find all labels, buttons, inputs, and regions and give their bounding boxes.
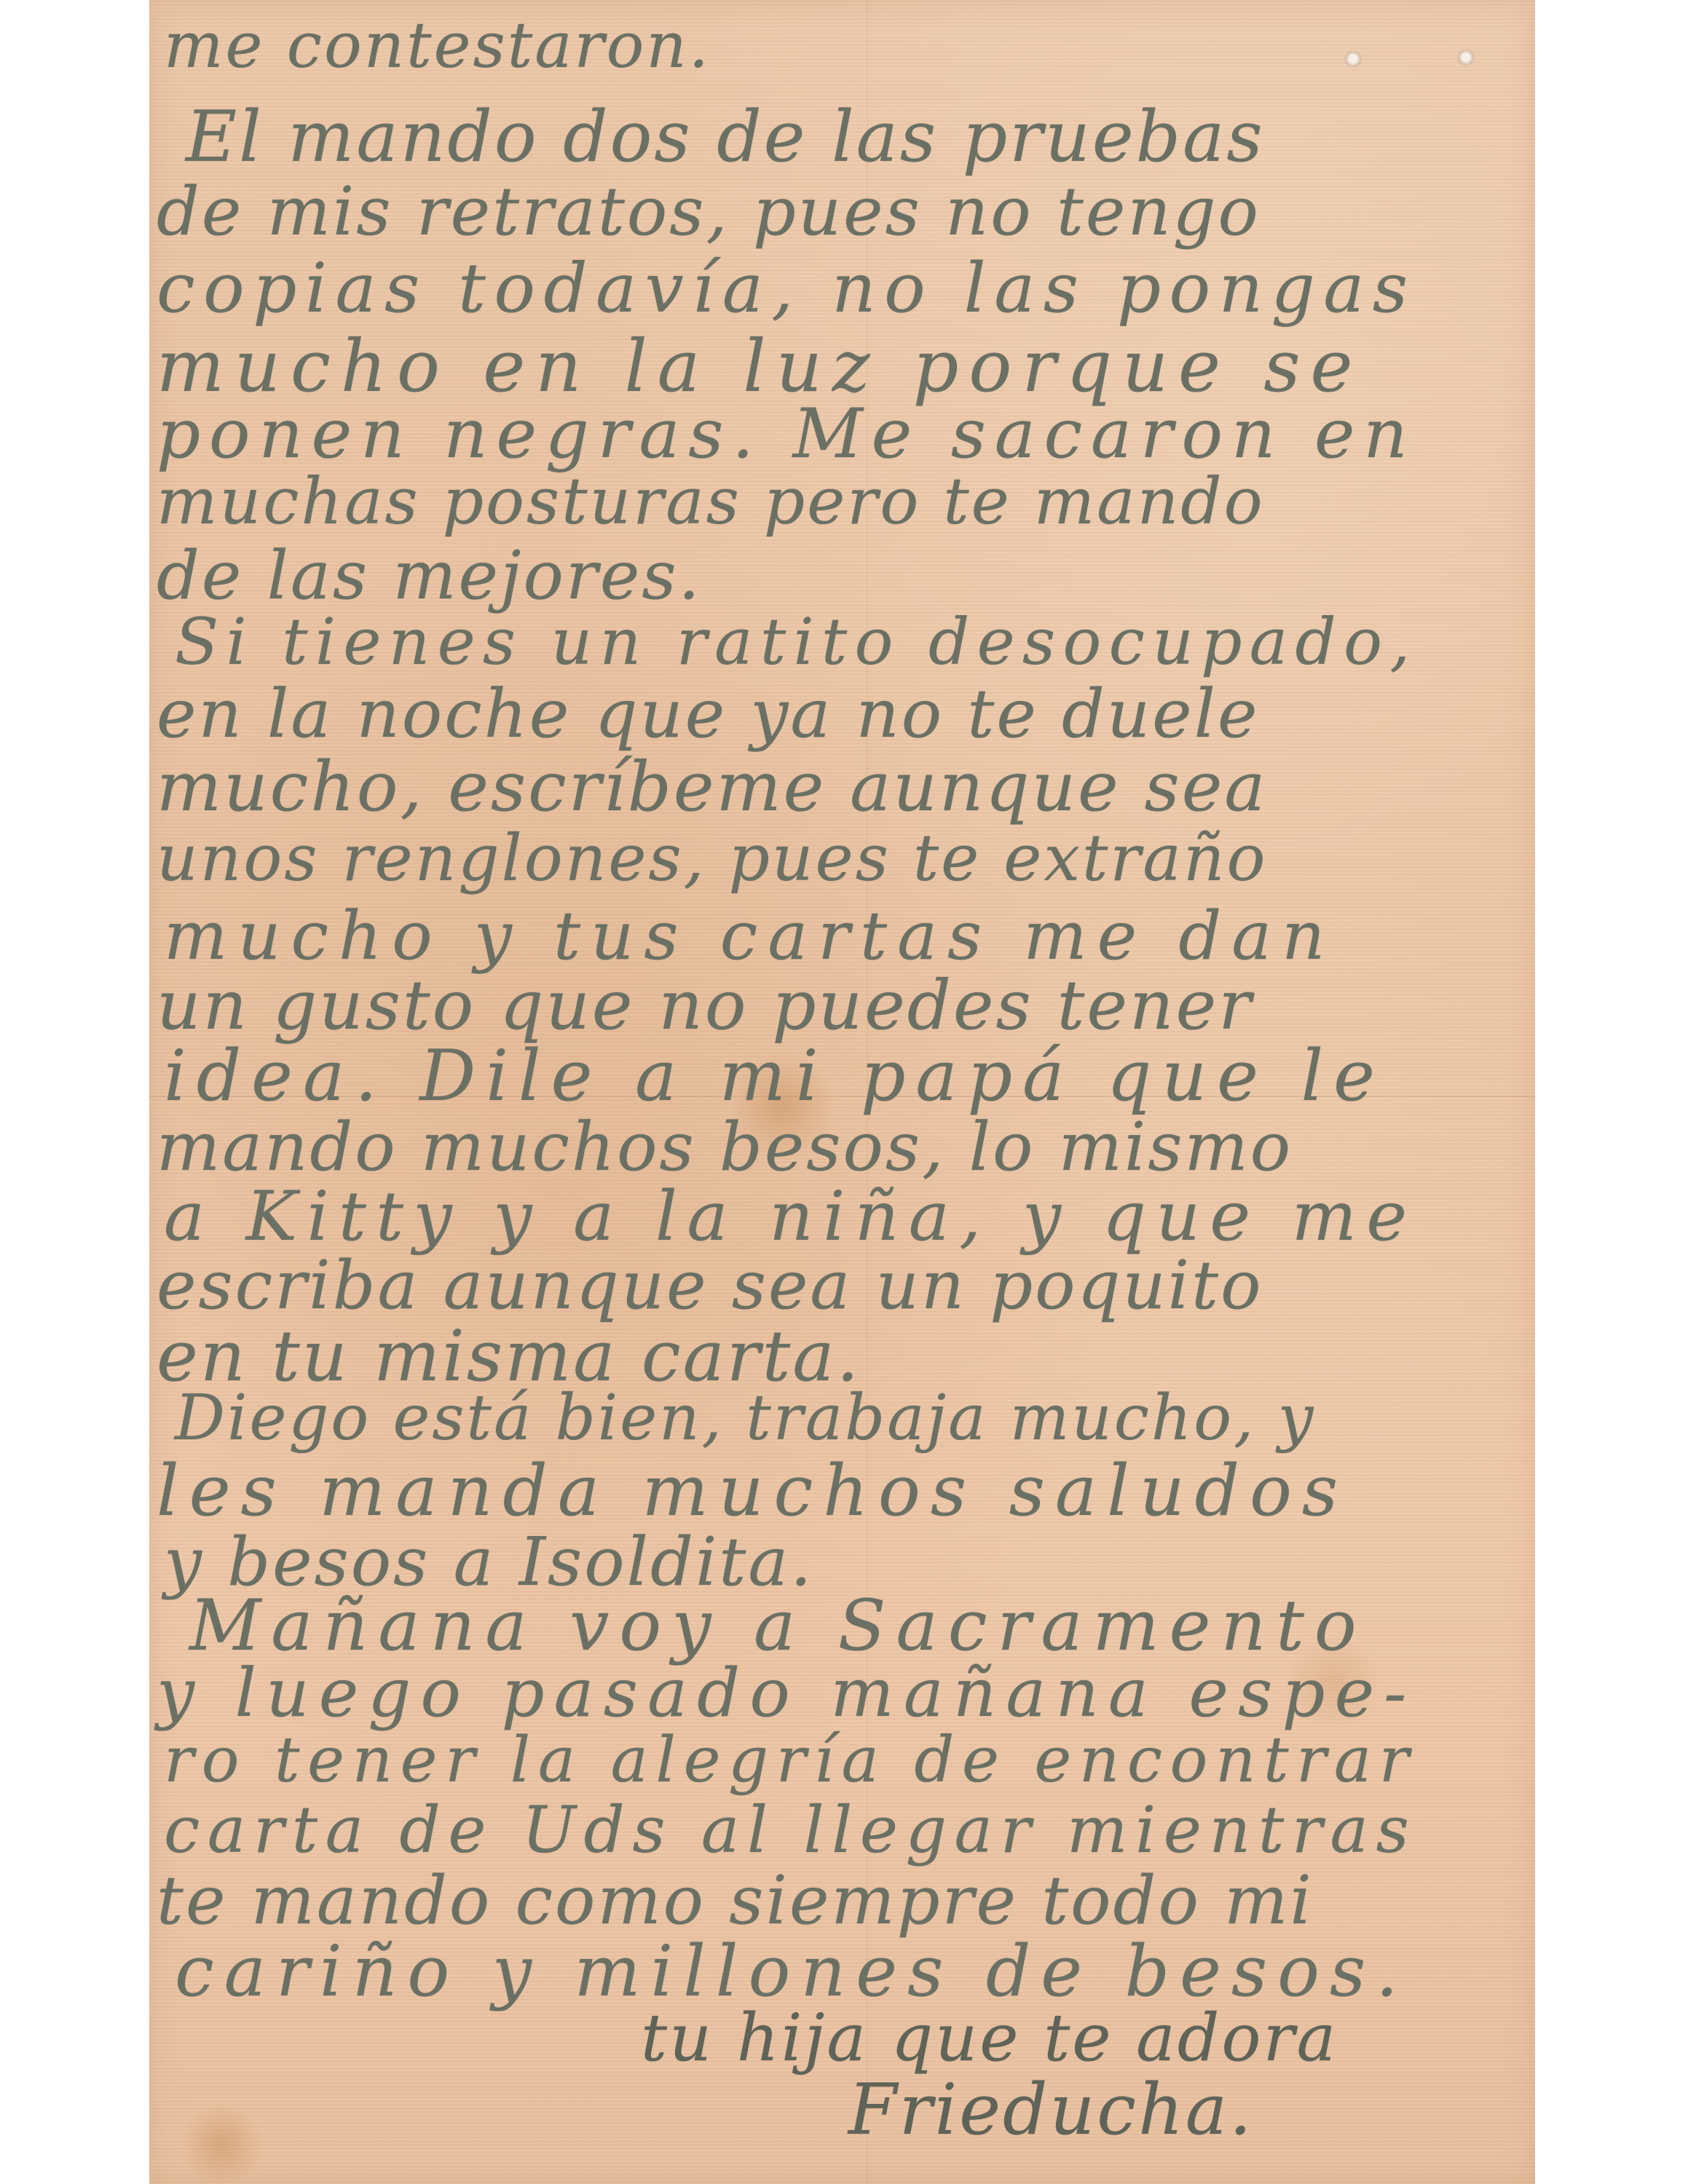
letter-line: ro tener la alegría de encontrar	[164, 1729, 1416, 1792]
letter-line: Diego está bien, trabaja mucho, y	[175, 1387, 1315, 1449]
letter-line: les manda muchos saludos	[157, 1456, 1348, 1526]
letter-line: Mañana voy a Sacramento	[189, 1591, 1367, 1661]
letter-line: mucho, escríbeme aunque sea	[157, 753, 1267, 822]
letter-line: ponen negras. Me sacaron en	[157, 400, 1416, 469]
paper-pinhole	[1456, 50, 1475, 66]
closing-line: tu hija que te adora	[641, 2006, 1338, 2071]
letter-line: cariño y millones de besos.	[175, 1936, 1408, 2006]
letter-line: carta de Uds al llegar mientras	[164, 1798, 1416, 1862]
letter-line: Si tienes un ratito desocupado,	[175, 610, 1418, 674]
letter-line: El mando dos de las pruebas	[186, 102, 1265, 172]
letter-line: y luego pasado mañana espe-	[157, 1660, 1416, 1727]
letter-line: me contestaron.	[164, 15, 711, 77]
letter-line: de mis retratos, pues no tengo	[157, 178, 1261, 245]
letter-line: te mando como siempre todo mi	[157, 1867, 1314, 1934]
letter-line: mando muchos besos, lo mismo	[157, 1114, 1293, 1181]
letter-line: en tu misma carta.	[157, 1321, 861, 1391]
letter-line: idea. Dile a mi papá que le	[164, 1041, 1385, 1111]
letter-line: mucho y tus cartas me dan	[164, 903, 1335, 970]
letter-line: un gusto que no puedes tener	[157, 972, 1253, 1040]
paper-pinhole	[1344, 51, 1362, 67]
letter-line: escriba aunque sea un poquito	[157, 1252, 1263, 1319]
letter-line: muchas posturas pero te mando	[157, 470, 1265, 534]
letter-line: mucho en la luz porque se	[157, 331, 1363, 403]
letter-line: copias todavía, no las pongas	[157, 255, 1416, 323]
letter-line: unos renglones, pues te extraño	[157, 826, 1268, 890]
letter-line: de las mejores.	[157, 542, 702, 609]
letter-line: en la noche que ya no te duele	[157, 681, 1259, 748]
paper-stain	[178, 2104, 266, 2184]
signature-line: Frieducha.	[848, 2075, 1254, 2145]
letter-line: a Kitty y a la niña, y que me	[164, 1183, 1416, 1251]
